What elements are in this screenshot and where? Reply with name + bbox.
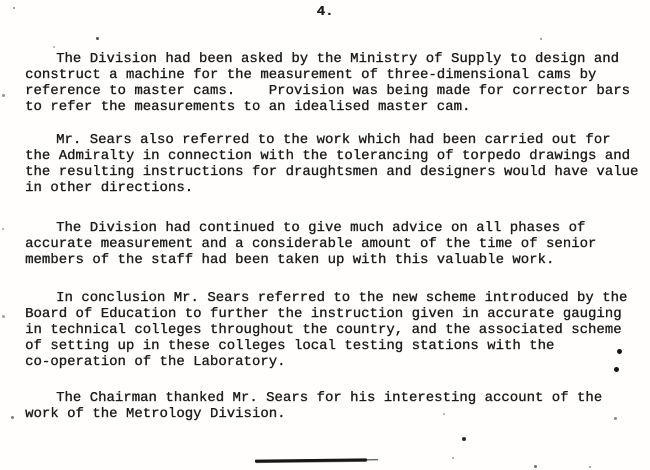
end-of-section-rule xyxy=(255,458,367,462)
text-line: work of the Metrology Division. xyxy=(25,406,645,422)
text-line: the resulting instructions for draughtsm… xyxy=(25,164,645,180)
page-number: 4. xyxy=(317,4,334,20)
text-line: in other directions. xyxy=(25,180,645,196)
text-line: In conclusion Mr. Sears referred to the … xyxy=(25,290,645,306)
ink-dot xyxy=(11,416,14,419)
text-line: Board of Education to further the instru… xyxy=(25,306,645,322)
ink-dot xyxy=(96,37,99,40)
text-line: co-operation of the Laboratory. xyxy=(25,354,645,370)
text-line: reference to master cams. Provision was … xyxy=(25,83,645,99)
ink-dot xyxy=(13,7,15,9)
ink-dot xyxy=(614,367,619,372)
paragraph-3: The Division had continued to give much … xyxy=(25,220,645,268)
paragraph-4: In conclusion Mr. Sears referred to the … xyxy=(25,290,645,370)
ink-dot xyxy=(443,413,445,415)
paragraph-5: The Chairman thanked Mr. Sears for his i… xyxy=(25,390,645,422)
text-line: The Chairman thanked Mr. Sears for his i… xyxy=(25,390,645,406)
text-line: Mr. Sears also referred to the work whic… xyxy=(25,132,645,148)
text-line: to refer the measurements to an idealise… xyxy=(25,99,645,115)
ink-dot xyxy=(2,228,4,230)
ink-dot xyxy=(2,94,5,97)
text-line: members of the staff had been taken up w… xyxy=(25,252,645,268)
text-line: accurate measurement and a considerable … xyxy=(25,236,645,252)
ink-dot xyxy=(2,315,5,318)
ink-dot xyxy=(462,437,466,441)
text-line: of setting up in these colleges local te… xyxy=(25,338,645,354)
ink-dot xyxy=(53,46,55,48)
ink-dot xyxy=(617,349,622,354)
ink-dot xyxy=(452,457,454,459)
ink-dot xyxy=(614,417,617,420)
text-line: in technical colleges throughout the cou… xyxy=(25,322,645,338)
ink-dot xyxy=(534,465,537,468)
text-line: construct a machine for the measurement … xyxy=(25,67,645,83)
ink-dot xyxy=(540,38,542,40)
text-line: the Admiralty in connection with the tol… xyxy=(25,148,645,164)
paragraph-2: Mr. Sears also referred to the work whic… xyxy=(25,132,645,196)
text-line: The Division had continued to give much … xyxy=(25,220,645,236)
text-line: The Division had been asked by the Minis… xyxy=(25,51,645,67)
scanned-document-page: 4. The Division had been asked by the Mi… xyxy=(0,0,650,470)
paragraph-1: The Division had been asked by the Minis… xyxy=(25,51,645,115)
ink-dot xyxy=(589,466,591,468)
